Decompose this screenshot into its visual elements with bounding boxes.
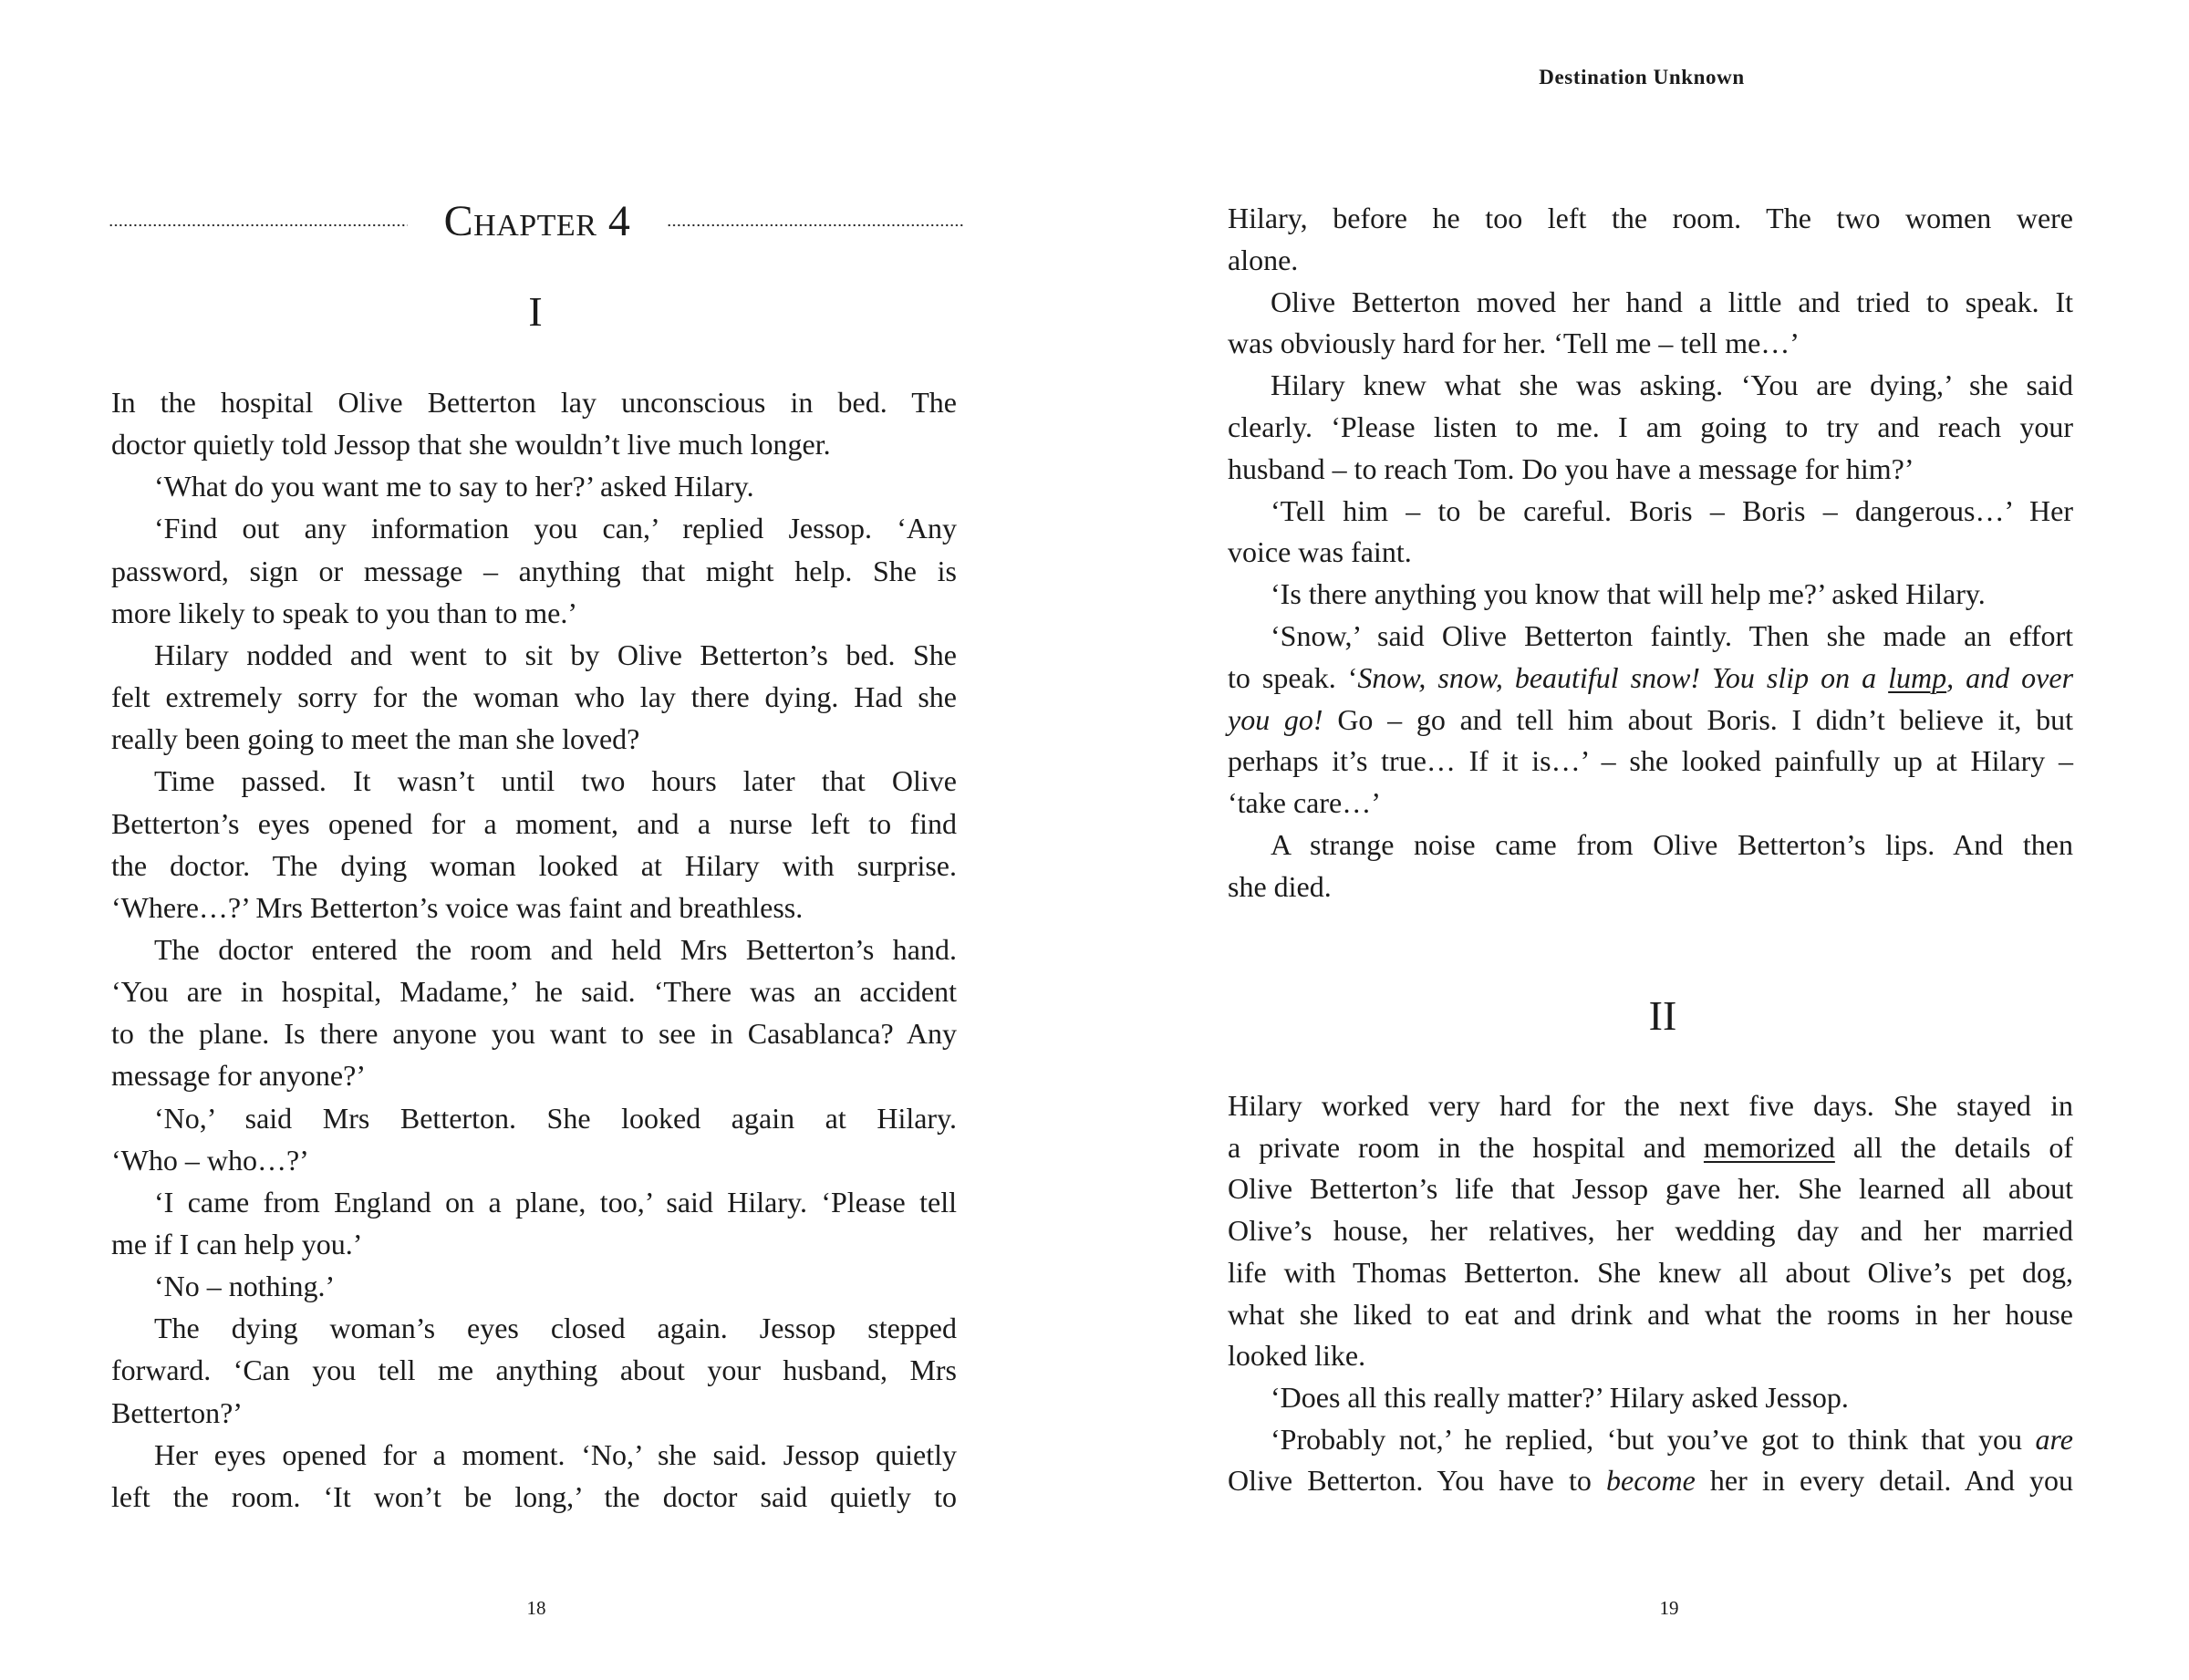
text-run: all the details of xyxy=(1835,1131,2073,1164)
text-run: her in every detail. And you xyxy=(1696,1464,2073,1497)
emphasis-text: , and over xyxy=(1946,661,2073,694)
text-run: Olive Betterton. You have to xyxy=(1228,1464,1606,1497)
right-page: Destination Unknown Hilary, before he to… xyxy=(1094,0,2189,1680)
text-run: what she liked to eat and drink and what… xyxy=(1228,1298,2073,1331)
text-line: Hilary, before he too left the room. The… xyxy=(1228,197,2073,239)
text-run: was obviously hard for her. ‘Tell me – t… xyxy=(1228,327,1800,359)
text-run: ‘Probably not,’ he replied, ‘but you’ve … xyxy=(1271,1423,2036,1456)
text-line: you go! Go – go and tell him about Boris… xyxy=(1228,699,2073,741)
text-line: ‘Snow,’ said Olive Betterton faintly. Th… xyxy=(1228,615,2073,657)
text-run: to speak. ‘ xyxy=(1228,661,1357,694)
text-run: ‘Snow,’ said Olive Betterton faintly. Th… xyxy=(1271,619,2073,652)
text-run: to the plane. Is there anyone you want t… xyxy=(111,1017,957,1050)
text-run: ‘What do you want me to say to her?’ ask… xyxy=(154,470,754,503)
underlined-word: lump xyxy=(1888,661,1946,694)
text-line: password, sign or message – anything tha… xyxy=(111,550,957,592)
text-run: looked like. xyxy=(1228,1339,1365,1372)
text-line: doctor quietly told Jessop that she woul… xyxy=(111,423,957,465)
text-run: forward. ‘Can you tell me anything about… xyxy=(111,1353,957,1386)
running-head: Destination Unknown xyxy=(1094,64,2189,91)
text-line: Hilary nodded and went to sit by Olive B… xyxy=(111,634,957,676)
text-line: me if I can help you.’ xyxy=(111,1223,957,1265)
text-run: really been going to meet the man she lo… xyxy=(111,722,639,755)
text-run: ‘Where…?’ Mrs Betterton’s voice was fain… xyxy=(111,891,803,924)
text-run: Hilary nodded and went to sit by Olive B… xyxy=(154,638,957,671)
text-line: ‘I came from England on a plane, too,’ s… xyxy=(111,1181,957,1223)
text-run: doctor quietly told Jessop that she woul… xyxy=(111,428,831,461)
text-run: In the hospital Olive Betterton lay unco… xyxy=(111,386,957,419)
text-line: forward. ‘Can you tell me anything about… xyxy=(111,1349,957,1391)
text-line: voice was faint. xyxy=(1228,531,2073,573)
text-line: the doctor. The dying woman looked at Hi… xyxy=(111,845,957,887)
text-line: was obviously hard for her. ‘Tell me – t… xyxy=(1228,322,2073,364)
text-run: ‘No,’ said Mrs Betterton. She looked aga… xyxy=(154,1102,957,1135)
text-line: A strange noise came from Olive Betterto… xyxy=(1228,824,2073,866)
text-run: ‘I came from England on a plane, too,’ s… xyxy=(154,1186,957,1219)
text-line: really been going to meet the man she lo… xyxy=(111,718,957,760)
text-line: ‘No – nothing.’ xyxy=(111,1265,957,1307)
text-run: she died. xyxy=(1228,870,1332,903)
text-line: more likely to speak to you than to me.’ xyxy=(111,592,957,634)
text-run: perhaps it’s true… If it is…’ – she look… xyxy=(1228,744,2073,777)
text-run: ‘Is there anything you know that will he… xyxy=(1271,577,1986,610)
text-line: message for anyone?’ xyxy=(111,1054,957,1096)
text-run: Olive’s house, her relatives, her weddin… xyxy=(1228,1214,2073,1247)
text-run: password, sign or message – anything tha… xyxy=(111,555,957,587)
text-line: Olive Betterton moved her hand a little … xyxy=(1228,281,2073,323)
text-run: Hilary, before he too left the room. The… xyxy=(1228,202,2073,234)
text-run: felt extremely sorry for the woman who l… xyxy=(111,680,957,713)
text-run: Betterton?’ xyxy=(111,1396,243,1429)
text-line: Olive Betterton’s life that Jessop gave … xyxy=(1228,1167,2073,1209)
text-run: life with Thomas Betterton. She knew all… xyxy=(1228,1256,2073,1289)
text-run: husband – to reach Tom. Do you have a me… xyxy=(1228,452,1914,485)
text-run: Betterton’s eyes opened for a moment, an… xyxy=(111,807,957,840)
text-line: Time passed. It wasn’t until two hours l… xyxy=(111,760,957,802)
text-line: ‘You are in hospital, Madame,’ he said. … xyxy=(111,970,957,1012)
text-line: clearly. ‘Please listen to me. I am goin… xyxy=(1228,406,2073,448)
text-line: The doctor entered the room and held Mrs… xyxy=(111,928,957,970)
text-line: ‘Probably not,’ he replied, ‘but you’ve … xyxy=(1228,1418,2073,1460)
text-line: alone. xyxy=(1228,239,2073,281)
text-line: The dying woman’s eyes closed again. Jes… xyxy=(111,1307,957,1349)
text-run: alone. xyxy=(1228,244,1298,276)
text-line: ‘Find out any information you can,’ repl… xyxy=(111,507,957,549)
text-line: to the plane. Is there anyone you want t… xyxy=(111,1012,957,1054)
emphasis-text: you go! xyxy=(1228,703,1323,736)
text-run: Her eyes opened for a moment. ‘No,’ she … xyxy=(154,1438,957,1471)
chapter-heading: Chapter 4 xyxy=(109,197,964,248)
text-line: looked like. xyxy=(1228,1334,2073,1376)
text-line: to speak. ‘Snow, snow, beautiful snow! Y… xyxy=(1228,657,2073,699)
emphasis-text: become xyxy=(1606,1464,1696,1497)
text-run: Olive Betterton’s life that Jessop gave … xyxy=(1228,1172,2073,1205)
text-line: ‘No,’ said Mrs Betterton. She looked aga… xyxy=(111,1097,957,1139)
text-line: Hilary knew what she was asking. ‘You ar… xyxy=(1228,364,2073,406)
text-run: The dying woman’s eyes closed again. Jes… xyxy=(154,1312,957,1344)
text-line: she died. xyxy=(1228,866,2073,907)
underlined-word: memorized xyxy=(1704,1131,1835,1164)
text-line: Olive’s house, her relatives, her weddin… xyxy=(1228,1209,2073,1251)
text-run: ‘Tell him – to be careful. Boris – Boris… xyxy=(1271,494,2073,527)
text-run: ‘You are in hospital, Madame,’ he said. … xyxy=(111,975,957,1008)
text-run: more likely to speak to you than to me.’ xyxy=(111,596,577,629)
page-number-right: 19 xyxy=(1578,1594,1760,1622)
dotted-rule-left xyxy=(109,223,408,228)
text-line: Hilary worked very hard for the next fiv… xyxy=(1228,1084,2073,1126)
text-run: ‘Find out any information you can,’ repl… xyxy=(154,512,957,544)
text-line: Her eyes opened for a moment. ‘No,’ she … xyxy=(111,1434,957,1476)
text-line: left the room. ‘It won’t be long,’ the d… xyxy=(111,1476,957,1518)
text-run: message for anyone?’ xyxy=(111,1059,366,1092)
section-heading-1: I xyxy=(399,289,672,335)
section-heading-2: II xyxy=(1526,993,1800,1039)
text-run: Hilary worked very hard for the next fiv… xyxy=(1228,1089,2073,1122)
text-line: ‘Does all this really matter?’ Hilary as… xyxy=(1228,1376,2073,1418)
text-run: left the room. ‘It won’t be long,’ the d… xyxy=(111,1480,957,1513)
text-line: ‘Who – who…?’ xyxy=(111,1139,957,1181)
text-line: life with Thomas Betterton. She knew all… xyxy=(1228,1251,2073,1293)
chapter-title: Chapter 4 xyxy=(408,197,667,246)
text-line: a private room in the hospital and memor… xyxy=(1228,1126,2073,1168)
text-line: ‘Is there anything you know that will he… xyxy=(1228,573,2073,615)
text-run: the doctor. The dying woman looked at Hi… xyxy=(111,849,957,882)
emphasis-text: are xyxy=(2036,1423,2073,1456)
text-run: Olive Betterton moved her hand a little … xyxy=(1271,285,2073,318)
text-line: Betterton?’ xyxy=(111,1392,957,1434)
text-run: clearly. ‘Please listen to me. I am goin… xyxy=(1228,410,2073,443)
text-run: ‘take care…’ xyxy=(1228,786,1381,819)
text-line: In the hospital Olive Betterton lay unco… xyxy=(111,381,957,423)
text-run: a private room in the hospital and xyxy=(1228,1131,1704,1164)
text-run: voice was faint. xyxy=(1228,535,1412,568)
text-line: felt extremely sorry for the woman who l… xyxy=(111,676,957,718)
text-line: husband – to reach Tom. Do you have a me… xyxy=(1228,448,2073,490)
text-line: Betterton’s eyes opened for a moment, an… xyxy=(111,803,957,845)
text-line: what she liked to eat and drink and what… xyxy=(1228,1293,2073,1335)
page-number-left: 18 xyxy=(445,1594,628,1622)
text-run: Go – go and tell him about Boris. I didn… xyxy=(1323,703,2073,736)
text-run: A strange noise came from Olive Betterto… xyxy=(1271,828,2073,861)
text-run: Hilary knew what she was asking. ‘You ar… xyxy=(1271,368,2073,401)
text-line: ‘take care…’ xyxy=(1228,782,2073,824)
text-line: Olive Betterton. You have to become her … xyxy=(1228,1459,2073,1501)
dotted-rule-right xyxy=(667,223,964,228)
text-run: Time passed. It wasn’t until two hours l… xyxy=(154,764,957,797)
text-run: ‘No – nothing.’ xyxy=(154,1270,335,1302)
text-run: me if I can help you.’ xyxy=(111,1228,362,1260)
text-run: ‘Does all this really matter?’ Hilary as… xyxy=(1271,1381,1849,1414)
text-line: ‘Tell him – to be careful. Boris – Boris… xyxy=(1228,490,2073,532)
emphasis-text: Snow, snow, beautiful snow! You slip on … xyxy=(1357,661,1888,694)
text-line: ‘Where…?’ Mrs Betterton’s voice was fain… xyxy=(111,887,957,928)
text-run: ‘Who – who…?’ xyxy=(111,1144,309,1177)
left-page: Chapter 4 I In the hospital Olive Better… xyxy=(0,0,1094,1680)
text-line: perhaps it’s true… If it is…’ – she look… xyxy=(1228,740,2073,782)
text-line: ‘What do you want me to say to her?’ ask… xyxy=(111,465,957,507)
text-run: The doctor entered the room and held Mrs… xyxy=(154,933,957,966)
